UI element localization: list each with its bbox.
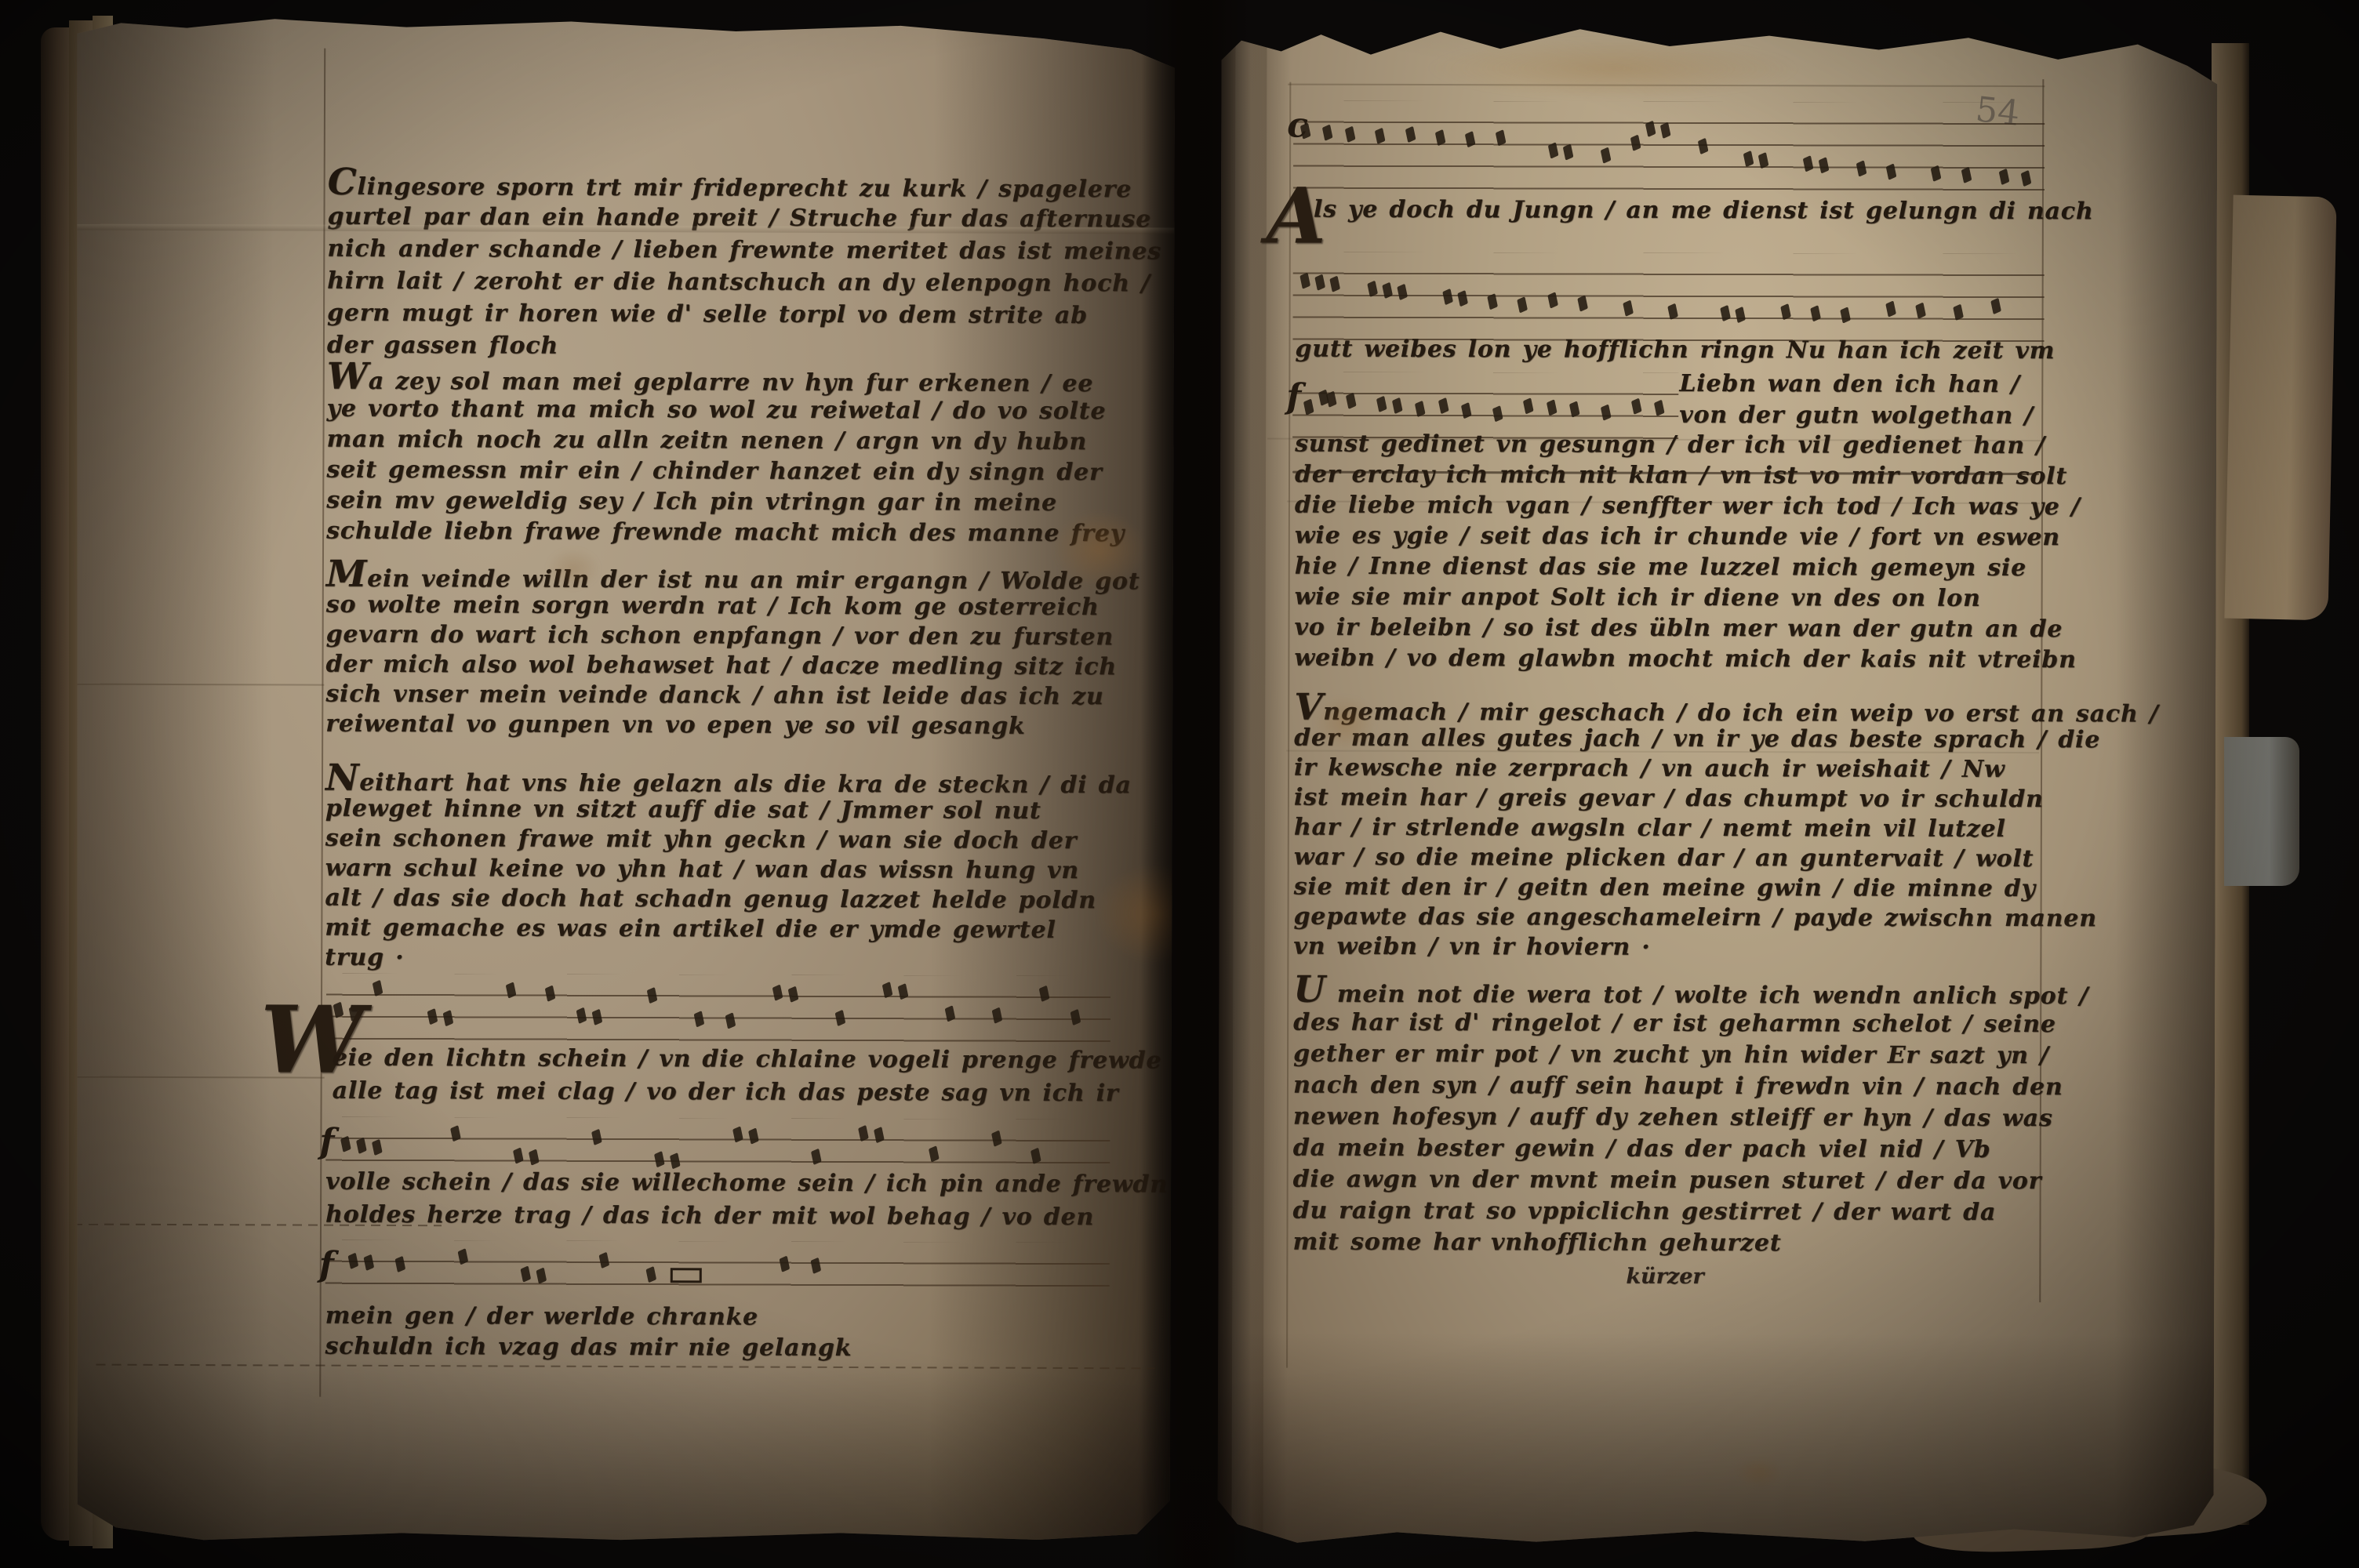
manuscript-text-line: vo ir beleibn / so ist des übln mer wan … (1294, 612, 2080, 645)
manuscript-text-line: sein mv geweldig sey / Ich pin vtringn g… (326, 485, 1125, 519)
neume-note (1547, 292, 1558, 308)
manuscript-text-line: da mein bester gewin / das der pach viel… (1293, 1133, 2088, 1167)
manuscript-text-line: des har ist d' ringelot / er ist geharmn… (1293, 1007, 2088, 1041)
neume-note (1720, 305, 1731, 321)
neume-note (1601, 404, 1612, 420)
bottom-rule-dashed (96, 1364, 1154, 1370)
neume-note (1415, 401, 1426, 417)
manuscript-text-line: vn weibn / vn ir hoviern · (1293, 932, 2157, 964)
neume-note (1070, 1009, 1081, 1025)
text-paragraph: Clingesore sporn trt mir frideprecht zu … (327, 169, 1161, 365)
left-page-stack-edge (41, 27, 72, 1541)
neume-note (1329, 275, 1340, 292)
manuscript-text-line: von der gutn wolgethan / (1679, 400, 2034, 432)
rest-rectangle-note (671, 1268, 702, 1283)
manuscript-text-line: der gassen floch (327, 329, 1161, 365)
neume-note (529, 1149, 540, 1165)
manuscript-text-line: mit gemache es was ein artikel die er ym… (325, 913, 1131, 946)
neume-note (1367, 281, 1378, 297)
neume-note (443, 1010, 454, 1026)
neume-note (694, 1011, 705, 1027)
manuscript-text-line: sunst gedinet vn gesungn / der ich vil g… (1295, 429, 2081, 462)
neume-note (1465, 131, 1476, 147)
neume-note (772, 984, 783, 1000)
neume-note (780, 1255, 791, 1272)
neume-note (348, 1253, 359, 1269)
manuscript-text-line: der erclay ich mich nit klan / vn ist vo… (1295, 459, 2081, 492)
neume-note (858, 1125, 869, 1142)
neume-note (1780, 303, 1791, 320)
neume-note (1810, 305, 1821, 321)
parchment-stain (1736, 1457, 1783, 1488)
neume-note (1803, 155, 1814, 172)
manuscript-text-line: ir kewsche nie zerprach / vn auch ir wei… (1294, 753, 2158, 786)
neume-note (591, 1129, 602, 1145)
text-paragraph: Mein veinde willn der ist nu an mir erga… (325, 561, 1140, 742)
neume-note (1654, 400, 1665, 416)
manuscript-text-line: alle tag ist mei clag / vo der ich das p… (333, 1075, 1162, 1111)
neume-note (513, 1147, 524, 1163)
manuscript-text-line: ye vorto thant ma mich so wol zu reiweta… (327, 394, 1125, 427)
neume-note (898, 983, 909, 1000)
neume-note (811, 1149, 822, 1165)
neume-note (1698, 138, 1709, 154)
neume-note (1743, 151, 1754, 167)
neume-note (1523, 397, 1534, 414)
neume-note (1457, 290, 1468, 307)
manuscript-text-line: die awgn vn der mvnt mein pusen sturet /… (1293, 1164, 2088, 1198)
neume-note (1931, 165, 1942, 181)
neume-note (373, 980, 383, 996)
neume-note (732, 1126, 743, 1142)
neume-note (1758, 152, 1769, 169)
manuscript-text-line: U mein not die wera tot / wolte ich wend… (1293, 976, 2088, 1010)
music-stave-3: f (325, 1240, 1110, 1305)
neume-note (1487, 293, 1498, 310)
manuscript-text-line: eie den lichtn schein / vn die chlaine v… (333, 1042, 1162, 1078)
neume-note (340, 1136, 351, 1152)
neume-note (992, 1007, 1003, 1023)
manuscript-text-line: gepawte das sie angeschameleirn / payde … (1294, 902, 2158, 935)
neume-note (1660, 122, 1671, 139)
manuscript-text-line: ist mein har / greis gevar / das chumpt … (1294, 783, 2158, 815)
neume-note (788, 986, 799, 1003)
neume-note (1322, 124, 1333, 140)
text-paragraph: Vngemach / mir geschach / do ich ein wei… (1293, 694, 2158, 964)
neume-note (725, 1012, 736, 1029)
right-edge-grey-tab (2224, 737, 2299, 886)
neume-note (592, 1009, 603, 1025)
manuscript-text-line: hie / Inne dienst das sie me luzzel mich… (1295, 551, 2081, 584)
neume-note (1885, 300, 1896, 317)
song-text-lines: eie den lichtn schein / vn die chlaine v… (333, 1042, 1162, 1111)
neume-note (1435, 129, 1446, 146)
neume-note (1518, 296, 1528, 313)
neume-note (2021, 170, 2032, 187)
neume-note (1630, 134, 1641, 151)
neume-note (356, 1138, 367, 1154)
neume-note (1461, 402, 1472, 419)
manuscript-text-line: gern mugt ir horen wie d' selle torpl vo… (327, 297, 1161, 332)
manuscript-text-line: gevarn do wart ich schon enpfangn / vor … (326, 620, 1140, 653)
neume-note (1577, 295, 1588, 311)
neume-note (1375, 128, 1386, 144)
neume-note (647, 987, 658, 1004)
manuscript-text-line: die liebe mich vgan / senffter wer ich t… (1295, 490, 2081, 523)
manuscript-text-line: du raign trat so vppiclichn gestirret / … (1293, 1196, 2088, 1229)
manuscript-text-line: man mich noch zu alln zeitn nenen / argn… (326, 424, 1125, 458)
neume-note (1314, 274, 1325, 290)
neume-note (1376, 396, 1387, 412)
neume-note (1442, 289, 1453, 305)
neume-note (645, 1266, 656, 1283)
song-text-lines: mein gen / der werlde chrankeschuldn ich… (325, 1301, 852, 1363)
right-edge-torn-tab (2224, 195, 2336, 621)
manuscript-text-line: volle schein / das sie willechome sein /… (325, 1166, 1168, 1202)
manuscript-text-line: Clingesore sporn trt mir frideprecht zu … (328, 169, 1162, 204)
neume-note (1631, 397, 1642, 414)
parchment-stain (546, 547, 601, 590)
neume-note (520, 1265, 531, 1282)
manuscript-text-line: holdes herze trag / das ich der mit wol … (325, 1199, 1168, 1235)
neume-note (1601, 147, 1612, 163)
neume-note (372, 1139, 383, 1156)
neume-note (1326, 390, 1337, 407)
neume-note (882, 982, 893, 998)
neume-note (450, 1125, 461, 1142)
refrain-text-line: ls ye doch du Jungn / an me dienst ist g… (1314, 195, 2094, 227)
neume-note (654, 1151, 665, 1167)
neume-note (1346, 393, 1357, 409)
neume-note (599, 1252, 610, 1269)
music-stave-2 (1292, 252, 2044, 347)
neume-note (1397, 284, 1408, 300)
neume-note (506, 982, 517, 998)
manuscript-text-line: newen hofesyn / auff dy zehen stleiff er… (1293, 1102, 2088, 1135)
neume-note (1856, 160, 1866, 176)
neume-note (1961, 167, 1972, 183)
manuscript-text-line: hirn lait / zeroht er die hantschuch an … (327, 265, 1161, 300)
manuscript-text-line: trug · (325, 943, 1131, 976)
manuscript-text-line: wie es ygie / seit das ich ir chunde vie… (1295, 521, 2081, 554)
music-stave-1 (326, 974, 1110, 1051)
manuscript-text-line: wie sie mir anpot Solt ich ir diene vn d… (1295, 582, 2081, 615)
neume-note (1492, 405, 1503, 422)
margin-rule-vertical (319, 49, 325, 1397)
neume-note (1382, 282, 1393, 299)
manuscript-text-line: reiwental vo gunpen vn vo epen ye so vil… (325, 710, 1140, 742)
neume-note (1667, 303, 1678, 320)
neume-note (1030, 1148, 1041, 1164)
text-paragraph: Neithart hat vns hie gelazn als die kra … (325, 764, 1132, 976)
neume-note (945, 1005, 956, 1022)
manuscript-text-line: so wolte mein sorgn werdn rat / Ich kom … (326, 590, 1140, 623)
refrain-text-line: gutt weibes lon ye hofflichn ringn Nu ha… (1295, 335, 2055, 367)
margin-rule-vertical (1286, 82, 1291, 1368)
manuscript-text-line: gether er mir pot / vn zucht yn hin wide… (1293, 1039, 2088, 1073)
manuscript-text-line: nich ander schande / lieben frewnte meri… (327, 233, 1161, 268)
right-column-lines: Liebn wan den ich han /von der gutn wolg… (1679, 368, 2034, 432)
neume-note (536, 1267, 547, 1283)
f-clef: f (319, 1245, 334, 1285)
manuscript-text-line: nach den syn / auff sein haupt i frewdn … (1293, 1070, 2088, 1104)
manuscript-text-line: alt / das sie doch hat schadn genug lazz… (325, 884, 1131, 916)
manuscript-text-line: gurtel par dan ein hande preit / Struche… (327, 201, 1161, 236)
neume-note (1547, 399, 1558, 416)
neume-note (1392, 397, 1403, 414)
neume-note (1563, 143, 1574, 160)
neume-note (1039, 985, 1050, 1002)
neume-note (1345, 126, 1356, 143)
manuscript-text-line: der mich also wol behawset hat / dacze m… (325, 650, 1140, 683)
manuscript-text-line: seit gemessn mir ein / chinder hanzet ei… (326, 455, 1125, 488)
song-text-lines: volle schein / das sie willechome sein /… (325, 1166, 1168, 1235)
neume-note (1438, 397, 1449, 414)
neume-note (427, 1008, 438, 1025)
manuscript-text-line: schulde liebn frawe frewnde macht mich d… (326, 516, 1125, 550)
manuscript-photo: Clingesore sporn trt mir frideprecht zu … (0, 0, 2359, 1568)
neume-note (874, 1127, 885, 1143)
right-page: 54 c A ls ye doch du Jungn / an me diens… (1217, 20, 2217, 1548)
neume-note (1299, 272, 1310, 289)
text-paragraph: Wa zey sol man mei geplarre nv hyn fur e… (326, 363, 1125, 550)
neume-note (1841, 307, 1852, 323)
parchment-stain (1314, 695, 1376, 750)
neume-note (1623, 299, 1634, 316)
neume-note (1548, 142, 1559, 158)
manuscript-text-line: Vngemach / mir geschach / do ich ein wei… (1294, 694, 2158, 726)
neume-note (395, 1256, 406, 1272)
manuscript-text-line: warn schul keine vo yhn hat / wan das wi… (325, 854, 1132, 887)
book-gutter-shadow (1141, 0, 1251, 1568)
manuscript-text-line: war / so die meine plicken dar / an gunt… (1294, 843, 2158, 875)
manuscript-text-line: har / ir strlende awgsln clar / nemt mei… (1294, 813, 2158, 845)
manuscript-text-line: weibn / vo dem glawbn mocht mich der kai… (1294, 643, 2080, 676)
neume-note (1818, 157, 1829, 173)
neume-note (1303, 398, 1314, 415)
margin-rule-horizontal (75, 684, 324, 686)
left-page: Clingesore sporn trt mir frideprecht zu … (72, 13, 1176, 1547)
neume-note (1645, 121, 1656, 137)
neume-note (545, 985, 556, 1001)
neume-note (364, 1254, 375, 1271)
manuscript-text-line: Liebn wan den ich han / (1679, 368, 2034, 401)
manuscript-text-line: mein gen / der werlde chranke (325, 1301, 852, 1333)
f-clef: f (319, 1122, 334, 1162)
f-clef: f (1286, 377, 1301, 417)
neume-note (458, 1248, 469, 1265)
neume-note (811, 1258, 822, 1274)
manuscript-text-line: sein schonen frawe mit yhn geckn / wan s… (325, 824, 1132, 857)
neume-note (576, 1007, 587, 1024)
manuscript-text-line: plewget hinne vn sitzt auff die sat / Jm… (325, 794, 1132, 827)
neume-note (748, 1127, 759, 1144)
neume-note (929, 1145, 940, 1162)
neume-note (1990, 298, 2001, 314)
neume-note (1998, 169, 2009, 185)
manuscript-text-line: Wa zey sol man mei geplarre nv hyn fur e… (327, 363, 1125, 397)
neume-note (1569, 401, 1580, 417)
neume-note (1886, 163, 1897, 180)
text-paragraph: U mein not die wera tot / wolte ich wend… (1292, 976, 2088, 1261)
neume-note (1953, 304, 1964, 321)
text-paragraph: sunst gedinet vn gesungn / der ich vil g… (1294, 429, 2081, 676)
music-stave-1: c (1293, 101, 2045, 199)
neume-note (1405, 126, 1416, 143)
manuscript-text-line: sich vnser mein veinde danck / ahn ist l… (325, 680, 1140, 713)
parchment-stain (1425, 37, 1801, 100)
manuscript-text-line: mit some har vnhofflichn gehurzet (1292, 1227, 2088, 1261)
neume-note (1915, 302, 1926, 318)
neume-note (835, 1010, 846, 1026)
neume-note (1495, 129, 1506, 146)
neume-note (1735, 307, 1746, 323)
manuscript-text-line: Neithart hat vns hie gelazn als die kra … (325, 764, 1132, 797)
neume-note (991, 1130, 1002, 1146)
manuscript-text-line: sie mit den ir / geitn den meine gwin / … (1294, 873, 2158, 905)
manuscript-text-line: Mein veinde willn der ist nu an mir erga… (326, 561, 1140, 593)
parchment-stain (1052, 510, 1146, 588)
manuscript-text-line: schuldn ich vzag das mir nie gelangk (325, 1331, 852, 1363)
marginal-note: kürzer (1626, 1265, 1703, 1289)
